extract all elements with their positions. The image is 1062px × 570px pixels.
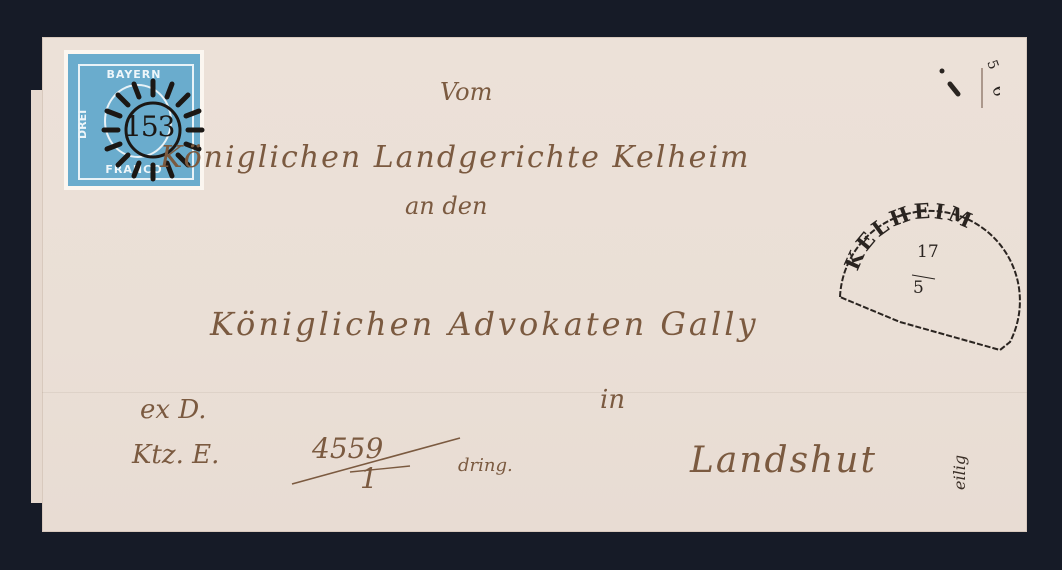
address-line-4: Königlichen Advokaten Gally	[210, 305, 759, 343]
svg-text:6: 6	[988, 83, 1000, 99]
svg-text:5: 5	[983, 58, 1000, 72]
margin-note: eilig	[950, 455, 969, 490]
postmark-month: 5	[913, 278, 924, 298]
stamp-value-left: DREI	[76, 110, 89, 139]
cancel-number: 153	[124, 110, 174, 143]
note-word: dring.	[458, 455, 513, 476]
note-line-1: ex D.	[140, 395, 207, 425]
svg-text:KELHEIM: KELHEIM	[839, 198, 979, 274]
fraction-stroke-icon	[290, 430, 470, 510]
address-line-2: Königlichen Landgerichte Kelheim	[160, 140, 750, 175]
address-line-6: Landshut	[690, 440, 877, 481]
rate-mark-icon: 5 6	[930, 48, 1000, 108]
note-fraction-bottom: 1	[360, 462, 378, 495]
address-line-5: in	[600, 385, 625, 415]
address-line-1: Vom	[440, 78, 492, 106]
kelheim-postmark-icon: KELHEIM	[830, 192, 1030, 362]
address-line-3: an den	[405, 192, 487, 220]
fold-line	[42, 392, 1027, 393]
postmark-day: 17	[917, 242, 939, 262]
note-line-2: Ktz. E.	[132, 440, 219, 470]
